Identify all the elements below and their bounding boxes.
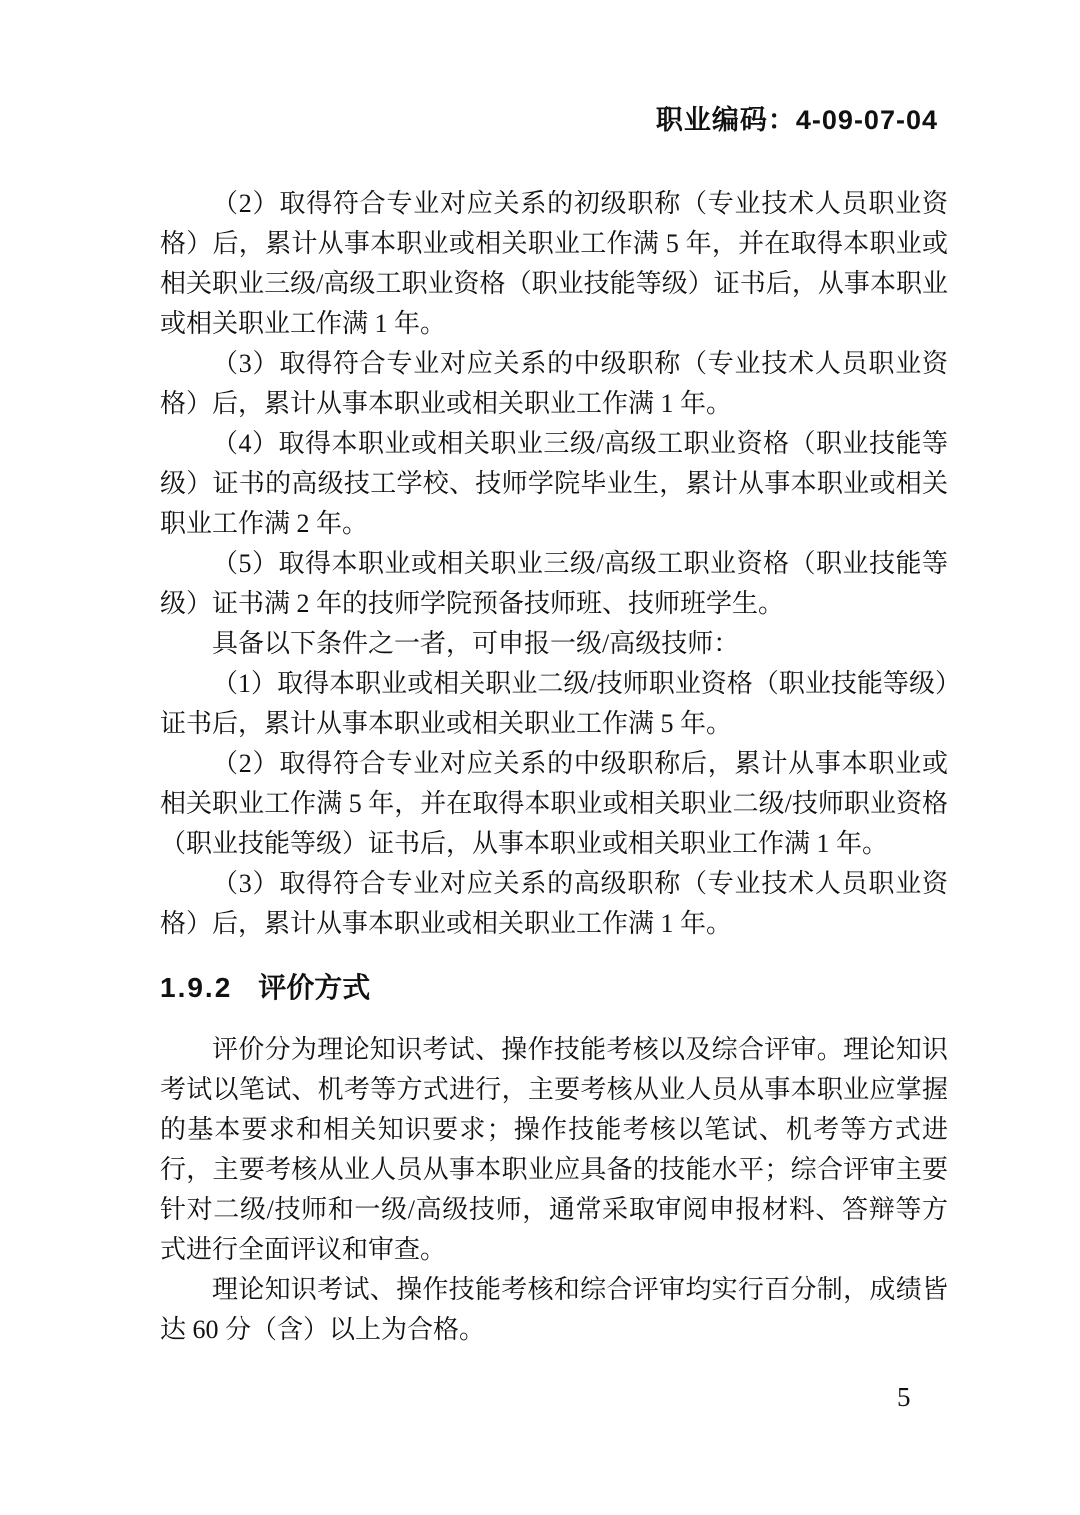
- document-content: （2）取得符合专业对应关系的初级职称（专业技术人员职业资格）后，累计从事本职业或…: [160, 184, 948, 1350]
- paragraph: （5）取得本职业或相关职业三级/高级工职业资格（职业技能等级）证书满 2 年的技…: [160, 544, 948, 624]
- section-heading: 1.9.2评价方式: [160, 968, 948, 1008]
- paragraph: 具备以下条件之一者，可申报一级/高级技师：: [160, 624, 948, 664]
- paragraph: （1）取得本职业或相关职业二级/技师职业资格（职业技能等级）证书后，累计从事本职…: [160, 664, 948, 744]
- section-number: 1.9.2: [160, 972, 232, 1003]
- paragraph: 评价分为理论知识考试、操作技能考核以及综合评审。理论知识考试以笔试、机考等方式进…: [160, 1030, 948, 1270]
- paragraph: （3）取得符合专业对应关系的中级职称（专业技术人员职业资格）后，累计从事本职业或…: [160, 344, 948, 424]
- paragraph: 理论知识考试、操作技能考核和综合评审均实行百分制，成绩皆达 60 分（含）以上为…: [160, 1270, 948, 1350]
- section-title: 评价方式: [258, 972, 370, 1003]
- document-page: 职业编码：4-09-07-04 （2）取得符合专业对应关系的初级职称（专业技术人…: [0, 0, 1080, 1515]
- paragraph: （4）取得本职业或相关职业三级/高级工职业资格（职业技能等级）证书的高级技工学校…: [160, 424, 948, 544]
- paragraph: （2）取得符合专业对应关系的初级职称（专业技术人员职业资格）后，累计从事本职业或…: [160, 184, 948, 344]
- paragraph: （2）取得符合专业对应关系的中级职称后，累计从事本职业或相关职业工作满 5 年，…: [160, 744, 948, 864]
- paragraph: （3）取得符合专业对应关系的高级职称（专业技术人员职业资格）后，累计从事本职业或…: [160, 864, 948, 944]
- occupation-code-header: 职业编码：4-09-07-04: [656, 98, 938, 137]
- page-number: 5: [897, 1382, 911, 1413]
